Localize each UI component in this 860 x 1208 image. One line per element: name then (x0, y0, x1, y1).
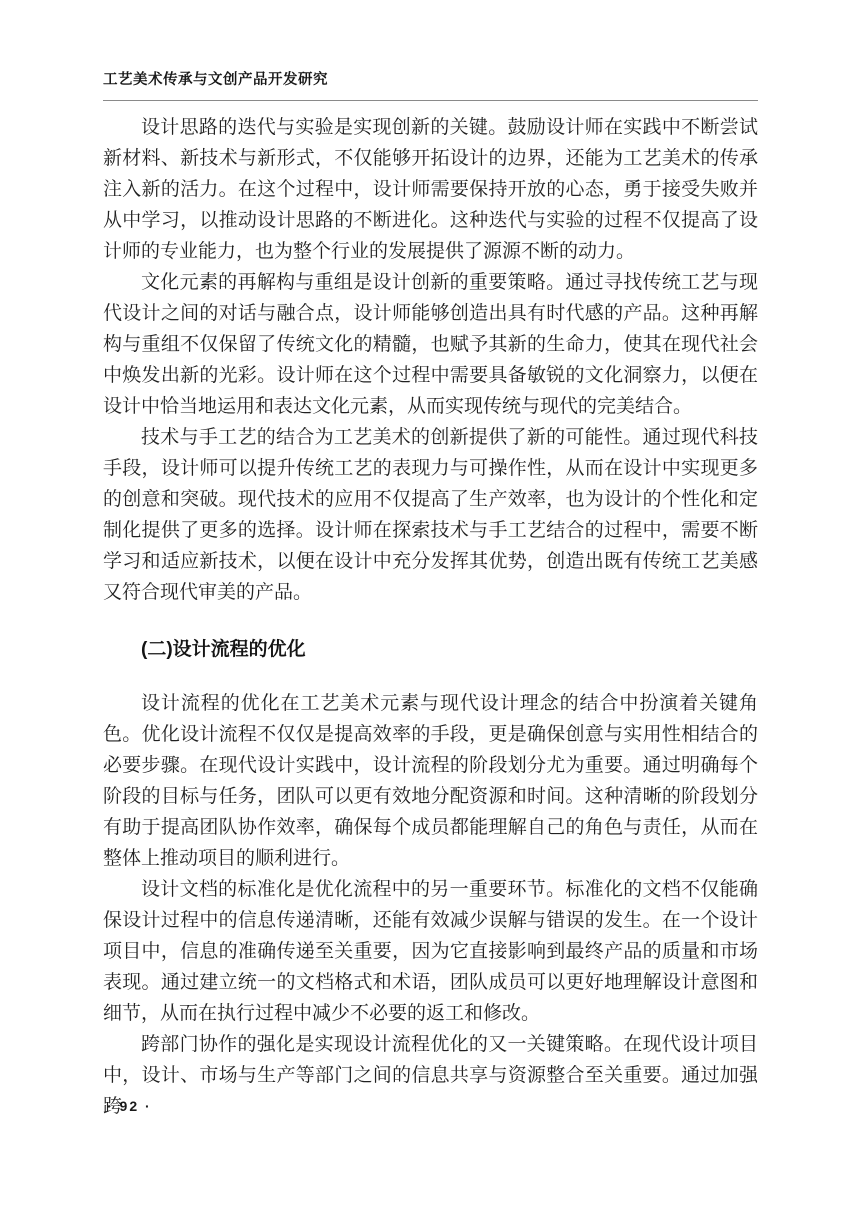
section-heading-design-process: (二)设计流程的优化 (103, 634, 758, 665)
page-body: 设计思路的迭代与实验是实现创新的关键。鼓励设计师在实践中不断尝试新材料、新技术与… (103, 112, 758, 1122)
paragraph-process-optimization: 设计流程的优化在工艺美术元素与现代设计理念的结合中扮演着关键角色。优化设计流程不… (103, 688, 758, 874)
paragraph-document-standardization: 设计文档的标准化是优化流程中的另一重要环节。标准化的文档不仅能确保设计过程中的信… (103, 874, 758, 1029)
book-page: 工艺美术传承与文创产品开发研究 设计思路的迭代与实验是实现创新的关键。鼓励设计师… (0, 0, 860, 1208)
paragraph-technology-craft: 技术与手工艺的结合为工艺美术的创新提供了新的可能性。通过现代科技手段，设计师可以… (103, 422, 758, 608)
paragraph-cultural-elements: 文化元素的再解构与重组是设计创新的重要策略。通过寻找传统工艺与现代设计之间的对话… (103, 267, 758, 422)
paragraph-design-iteration: 设计思路的迭代与实验是实现创新的关键。鼓励设计师在实践中不断尝试新材料、新技术与… (103, 112, 758, 267)
paragraph-cross-department: 跨部门协作的强化是实现设计流程优化的又一关键策略。在现代设计项目中，设计、市场与… (103, 1029, 758, 1122)
header-rule (103, 100, 758, 101)
running-head-title: 工艺美术传承与文创产品开发研究 (103, 68, 758, 89)
page-number: · 92 · (107, 1098, 152, 1114)
